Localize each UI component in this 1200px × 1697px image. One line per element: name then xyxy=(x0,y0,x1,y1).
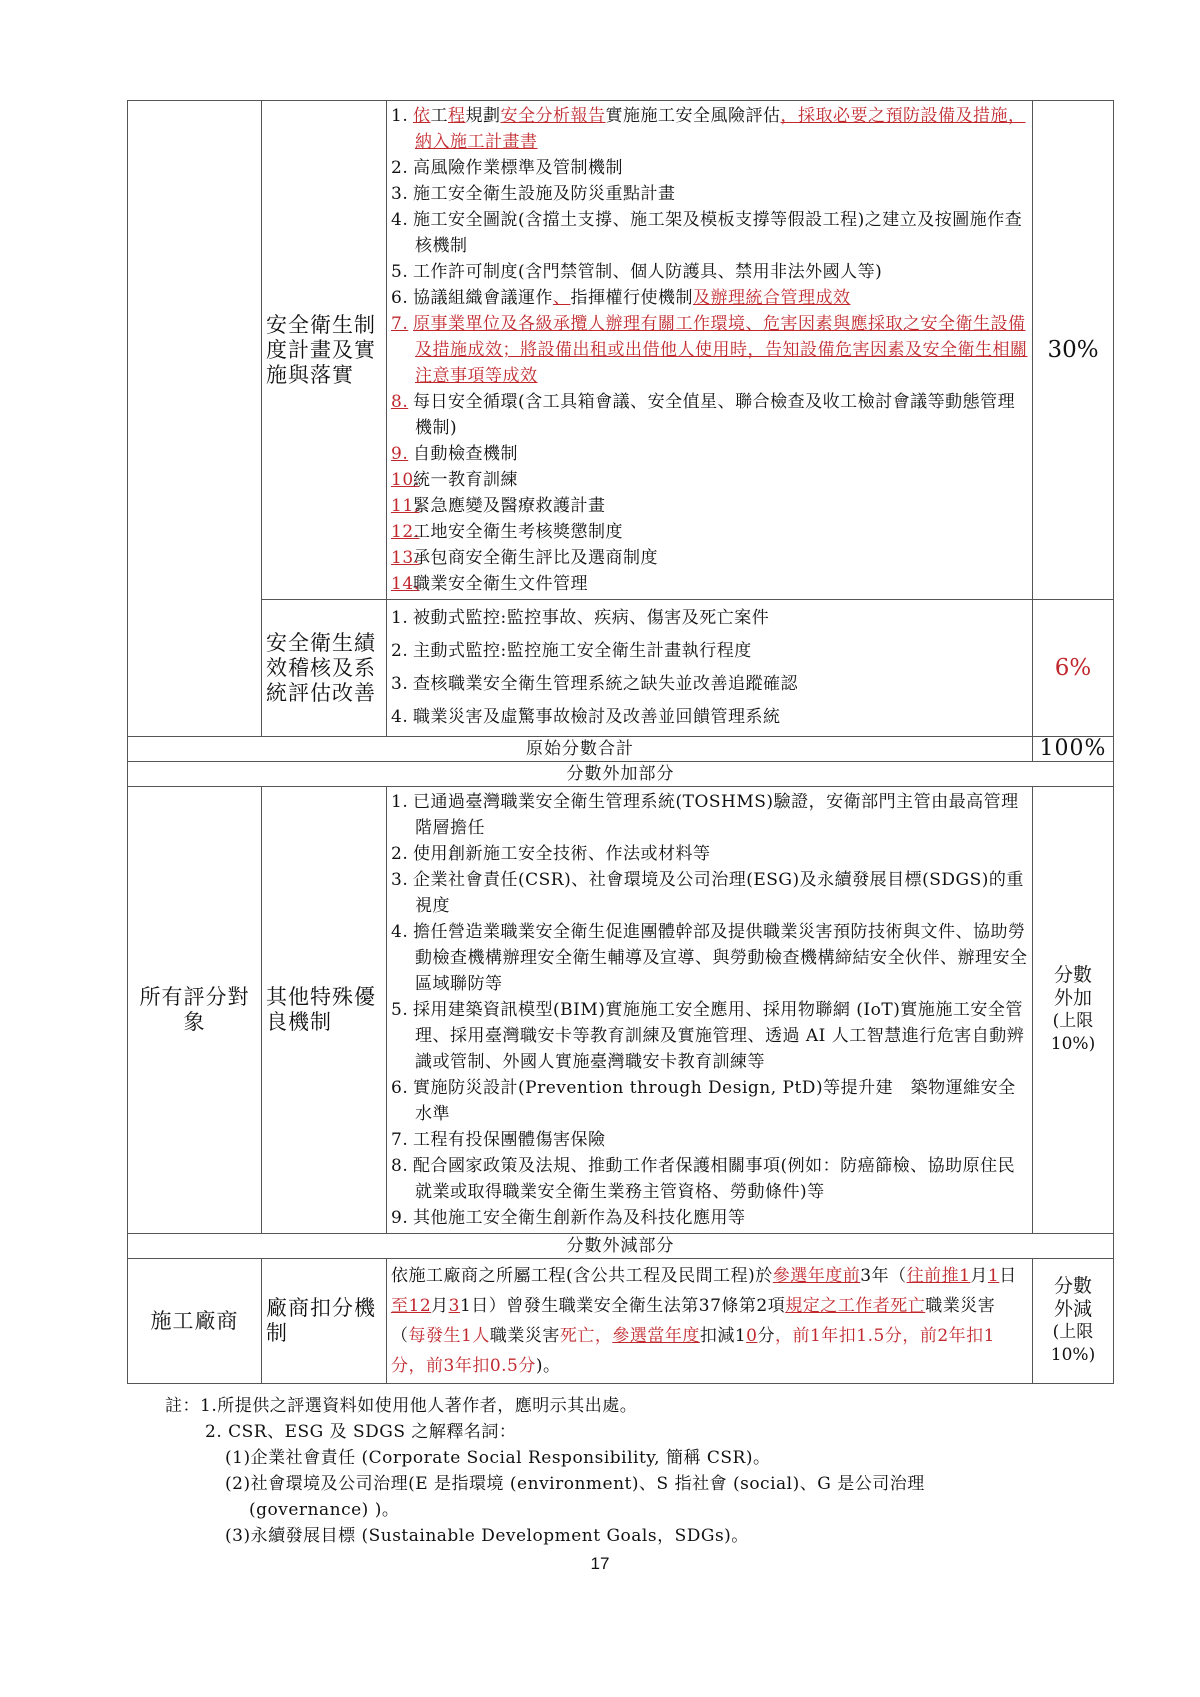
item-number: 11. xyxy=(391,493,413,519)
item-text: 高風險作業標準及管制機制 xyxy=(413,158,623,178)
deduct-text-segment: 扣減1 xyxy=(700,1326,746,1346)
category-cell: 所有評分對象 xyxy=(128,787,262,1234)
table-row-bonus: 所有評分對象 其他特殊優良機制 1.已通過臺灣職業安全衛生管理系統(TOSHMS… xyxy=(128,787,1114,1234)
deduct-header: 分數外減部分 xyxy=(128,1234,1114,1259)
page-number: 17 xyxy=(0,1554,1200,1574)
item-text: 統一教育訓練 xyxy=(413,470,518,490)
item-text: 依 xyxy=(413,106,431,126)
side-limit: (上限10%) xyxy=(1033,1010,1113,1056)
list-item: 14.職業安全衛生文件管理 xyxy=(391,571,1028,597)
deduct-header-row: 分數外減部分 xyxy=(128,1234,1114,1259)
item-text: 施工安全圖說(含擋土支撐、施工架及模板支撐等假設工程)之建立及按圖施作查核機制 xyxy=(413,210,1022,256)
item-number: 14. xyxy=(391,571,413,597)
item-number: 1. xyxy=(391,789,413,815)
list-item: 1.被動式監控:監控事故、疾病、傷害及死亡案件 xyxy=(391,602,1028,635)
total-row: 原始分數合計 100% xyxy=(128,737,1114,762)
item-number: 6. xyxy=(391,1075,413,1101)
bonus-header-row: 分數外加部分 xyxy=(128,762,1114,787)
list-item: 2.使用創新施工安全技術、作法或材料等 xyxy=(391,841,1028,867)
item-text: 工地安全衛生考核獎懲制度 xyxy=(413,522,623,542)
deduct-text-segment: 參選當年度 xyxy=(612,1326,700,1346)
item-text: 承包商安全衛生評比及選商制度 xyxy=(413,548,658,568)
list-item: 9.其他施工安全衛生創新作為及科技化應用等 xyxy=(391,1205,1028,1231)
list-item: 10.統一教育訓練 xyxy=(391,467,1028,493)
item-text: 採用建築資訊模型(BIM)實施施工安全應用、採用物聯網 (IoT)實施施工安全管… xyxy=(413,1000,1024,1072)
bonus-side-note: 分數外加 (上限10%) xyxy=(1033,787,1114,1234)
subcategory-cell: 安全衛生制度計畫及實施與落實 xyxy=(262,101,387,600)
deduct-text-segment: 每發生1人 xyxy=(409,1326,490,1346)
item-number: 9. xyxy=(391,1205,413,1231)
deduct-text-segment: 依施工廠商之所屬工程(含公共工程及民間工程)於 xyxy=(391,1266,773,1286)
list-item: 5.工作許可制度(含門禁管制、個人防護具、禁用非法外國人等) xyxy=(391,259,1028,285)
item-text: 及辦理統合管理成效 xyxy=(693,288,851,308)
list-item: 1.已通過臺灣職業安全衛生管理系統(TOSHMS)驗證，安衛部門主管由最高管理階… xyxy=(391,789,1028,841)
items-list: 1.已通過臺灣職業安全衛生管理系統(TOSHMS)驗證，安衛部門主管由最高管理階… xyxy=(387,787,1033,1234)
item-number: 1. xyxy=(391,602,413,635)
item-text: 工程有投保團體傷害保險 xyxy=(413,1130,606,1150)
note-2-2: (2)社會環境及公司治理(E 是指環境 (environment)、S 指社會 … xyxy=(165,1471,925,1497)
list-item: 8.每日安全循環(含工具箱會議、安全值星、聯合檢查及收工檢討會議等動態管理機制) xyxy=(391,389,1028,441)
list-item: 4.職業災害及虛驚事故檢討及改善並回饋管理系統 xyxy=(391,701,1028,734)
item-number: 9. xyxy=(391,441,413,467)
item-text: 擔任營造業職業安全衛生促進團體幹部及提供職業災害預防技術與文件、協助勞動檢查機構… xyxy=(413,922,1028,994)
deduct-text-segment: 1 xyxy=(988,1266,999,1286)
item-number: 2. xyxy=(391,841,413,867)
deduct-text-segment: 月 xyxy=(970,1266,988,1286)
item-number: 10. xyxy=(391,467,413,493)
deduct-text-segment: 分 xyxy=(757,1326,775,1346)
table-row-deduct: 施工廠商 廠商扣分機制 依施工廠商之所屬工程(含公共工程及民間工程)於參選年度前… xyxy=(128,1259,1114,1384)
item-text: 職業安全衛生文件管理 xyxy=(413,574,588,594)
item-text: 工作許可制度(含門禁管制、個人防護具、禁用非法外國人等) xyxy=(413,262,882,282)
item-text: 工 xyxy=(431,106,449,126)
category-cell-top xyxy=(128,101,262,737)
subcategory-cell: 其他特殊優良機制 xyxy=(262,787,387,1234)
item-number: 3. xyxy=(391,668,413,701)
item-text: 規劃 xyxy=(466,106,501,126)
list-item: 3.企業社會責任(CSR)、社會環境及公司治理(ESG)及永續發展目標(SDGS… xyxy=(391,867,1028,919)
deduct-text-segment: 職業災害 xyxy=(490,1326,560,1346)
footnotes: 註：1.所提供之評選資料如使用他人著作者，應明示其出處。 2. CSR、ESG … xyxy=(165,1393,925,1549)
item-number: 4. xyxy=(391,207,413,233)
subcategory-cell: 廠商扣分機制 xyxy=(262,1259,387,1384)
deduct-text-segment: 日 xyxy=(999,1266,1017,1286)
item-text: 職業災害及虛驚事故檢討及改善並回饋管理系統 xyxy=(413,707,781,727)
list-item: 3.查核職業安全衛生管理系統之缺失並改善追蹤確認 xyxy=(391,668,1028,701)
item-number: 3. xyxy=(391,867,413,893)
list-item: 6.實施防災設計(Prevention through Design, PtD)… xyxy=(391,1075,1028,1127)
side-limit: (上限10%) xyxy=(1033,1321,1113,1367)
side-label: 分數外加 xyxy=(1033,964,1113,1010)
item-text: 實施施工安全風險評估 xyxy=(606,106,781,126)
list-item: 2.主動式監控:監控施工安全衛生計畫執行程度 xyxy=(391,635,1028,668)
list-item: 3.施工安全衛生設施及防災重點計畫 xyxy=(391,181,1028,207)
bonus-header: 分數外加部分 xyxy=(128,762,1114,787)
item-number: 8. xyxy=(391,1153,413,1179)
list-item: 4.擔任營造業職業安全衛生促進團體幹部及提供職業災害預防技術與文件、協助勞動檢查… xyxy=(391,919,1028,997)
items-list: 1.依工程規劃安全分析報告實施施工安全風險評估，採取必要之預防設備及措施，納入施… xyxy=(387,101,1033,600)
evaluation-criteria-table: 安全衛生制度計畫及實施與落實 1.依工程規劃安全分析報告實施施工安全風險評估，採… xyxy=(127,100,1114,1384)
list-item: 4.施工安全圖說(含擋土支撐、施工架及模板支撐等假設工程)之建立及按圖施作查核機… xyxy=(391,207,1028,259)
item-number: 4. xyxy=(391,919,413,945)
note-2: 2. CSR、ESG 及 SDGS 之解釋名詞： xyxy=(165,1419,925,1445)
subcategory-cell: 安全衛生績效稽核及系統評估改善 xyxy=(262,600,387,737)
item-text: 主動式監控:監控施工安全衛生計畫執行程度 xyxy=(413,641,752,661)
note-1: 註：1.所提供之評選資料如使用他人著作者，應明示其出處。 xyxy=(165,1393,925,1419)
deduct-text-segment: 死亡 xyxy=(560,1326,595,1346)
item-text: 自動檢查機制 xyxy=(413,444,518,464)
deduct-text-segment: 往前推1 xyxy=(907,1266,971,1286)
deduct-text-segment: 3 xyxy=(449,1296,460,1316)
item-text: 協議組織會議運作 xyxy=(413,288,553,308)
deduct-text-segment: 0 xyxy=(746,1326,757,1346)
item-text: 指揮權行使機制 xyxy=(571,288,694,308)
item-number: 5. xyxy=(391,259,413,285)
item-number: 6. xyxy=(391,285,413,311)
item-text: 安全分析報告 xyxy=(501,106,606,126)
deduct-text-segment: 3年（ xyxy=(860,1266,906,1286)
document-page: 安全衛生制度計畫及實施與落實 1.依工程規劃安全分析報告實施施工安全風險評估，採… xyxy=(0,0,1200,1697)
item-text: 緊急應變及醫療救護計畫 xyxy=(413,496,606,516)
list-item: 2.高風險作業標準及管制機制 xyxy=(391,155,1028,181)
item-text: 查核職業安全衛生管理系統之缺失並改善追蹤確認 xyxy=(413,674,798,694)
list-item: 12.工地安全衛生考核獎懲制度 xyxy=(391,519,1028,545)
item-text: 原事業單位及各級承攬人辦理有關工作環境、危害因素與應採取之安全衛生設備及措施成效… xyxy=(413,314,1028,386)
table-row-safety-plan: 安全衛生制度計畫及實施與落實 1.依工程規劃安全分析報告實施施工安全風險評估，採… xyxy=(128,101,1114,600)
item-number: 7. xyxy=(391,1127,413,1153)
item-text: 每日安全循環(含工具箱會議、安全值星、聯合檢查及收工檢討會議等動態管理機制) xyxy=(413,392,1015,438)
weight-cell: 6% xyxy=(1033,600,1114,737)
item-text: 已通過臺灣職業安全衛生管理系統(TOSHMS)驗證，安衛部門主管由最高管理階層擔… xyxy=(413,792,1019,838)
side-label: 分數外減 xyxy=(1033,1275,1113,1321)
list-item: 7.工程有投保團體傷害保險 xyxy=(391,1127,1028,1153)
deduct-text-segment: 月 xyxy=(431,1296,449,1316)
item-text: 實施防災設計(Prevention through Design, PtD)等提… xyxy=(413,1078,1016,1124)
item-number: 7. xyxy=(391,311,413,337)
item-text: 企業社會責任(CSR)、社會環境及公司治理(ESG)及永續發展目標(SDGS)的… xyxy=(413,870,1024,916)
deduct-text-segment: 1日）曾發生職業安全衛生法第37條第2項 xyxy=(460,1296,785,1316)
deduct-text-segment: 至12 xyxy=(391,1296,431,1316)
total-value: 100% xyxy=(1033,737,1114,762)
list-item: 11.緊急應變及醫療救護計畫 xyxy=(391,493,1028,519)
item-number: 1. xyxy=(391,103,413,129)
deduct-text-segment: 參選年度前 xyxy=(773,1266,861,1286)
item-number: 12. xyxy=(391,519,413,545)
category-cell: 施工廠商 xyxy=(128,1259,262,1384)
item-text: 使用創新施工安全技術、作法或材料等 xyxy=(413,844,711,864)
note-2-1: (1)企業社會責任 (Corporate Social Responsibili… xyxy=(165,1445,925,1471)
deduct-side-note: 分數外減 (上限10%) xyxy=(1033,1259,1114,1384)
list-item: 8.配合國家政策及法規、推動工作者保護相關事項(例如：防癌篩檢、協助原住民就業或… xyxy=(391,1153,1028,1205)
total-label: 原始分數合計 xyxy=(128,737,1033,762)
item-text: 施工安全衛生設施及防災重點計畫 xyxy=(413,184,676,204)
deduct-text-segment: ， xyxy=(595,1326,613,1346)
item-text: 被動式監控:監控事故、疾病、傷害及死亡案件 xyxy=(413,608,769,628)
item-text: 其他施工安全衛生創新作為及科技化應用等 xyxy=(413,1208,746,1228)
item-number: 2. xyxy=(391,635,413,668)
item-text: 程 xyxy=(448,106,466,126)
deduct-description: 依施工廠商之所屬工程(含公共工程及民間工程)於參選年度前3年（往前推1月1日至1… xyxy=(387,1259,1033,1384)
note-2-2-cont: (governance) )。 xyxy=(165,1497,925,1523)
note-2-3: (3)永續發展目標 (Sustainable Development Goals… xyxy=(165,1523,925,1549)
list-item: 1.依工程規劃安全分析報告實施施工安全風險評估，採取必要之預防設備及措施，納入施… xyxy=(391,103,1028,155)
item-text: 、 xyxy=(553,288,571,308)
weight-cell: 30% xyxy=(1033,101,1114,600)
item-number: 3. xyxy=(391,181,413,207)
deduct-text-segment: )。 xyxy=(536,1356,561,1376)
item-number: 8. xyxy=(391,389,413,415)
list-item: 7.原事業單位及各級承攬人辦理有關工作環境、危害因素與應採取之安全衛生設備及措施… xyxy=(391,311,1028,389)
item-number: 4. xyxy=(391,701,413,734)
item-number: 13. xyxy=(391,545,413,571)
deduct-text-segment: 規定之工作者死亡 xyxy=(785,1296,925,1316)
list-item: 5.採用建築資訊模型(BIM)實施施工安全應用、採用物聯網 (IoT)實施施工安… xyxy=(391,997,1028,1075)
item-text: 配合國家政策及法規、推動工作者保護相關事項(例如：防癌篩檢、協助原住民就業或取得… xyxy=(413,1156,1015,1202)
list-item: 9.自動檢查機制 xyxy=(391,441,1028,467)
list-item: 6.協議組織會議運作、指揮權行使機制及辦理統合管理成效 xyxy=(391,285,1028,311)
table-row-performance-audit: 安全衛生績效稽核及系統評估改善 1.被動式監控:監控事故、疾病、傷害及死亡案件2… xyxy=(128,600,1114,737)
item-number: 5. xyxy=(391,997,413,1023)
item-number: 2. xyxy=(391,155,413,181)
list-item: 13.承包商安全衛生評比及選商制度 xyxy=(391,545,1028,571)
items-list: 1.被動式監控:監控事故、疾病、傷害及死亡案件2.主動式監控:監控施工安全衛生計… xyxy=(387,600,1033,737)
